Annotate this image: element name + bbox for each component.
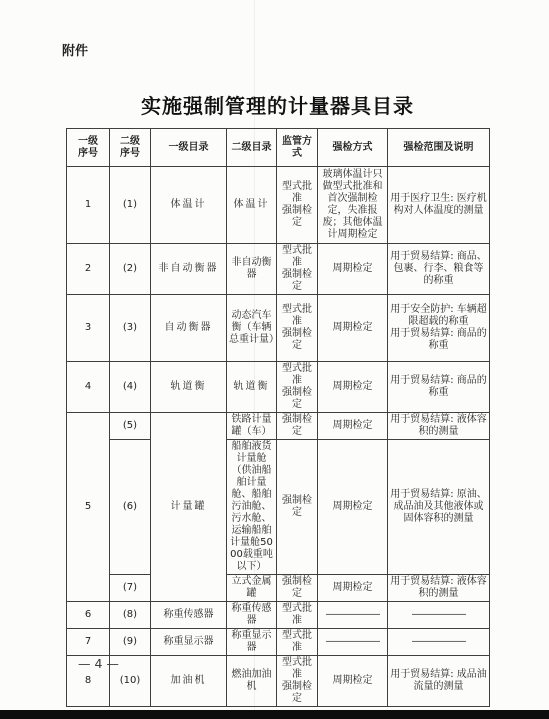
cell-level2-catalog: 燃油加油机: [227, 656, 277, 707]
cell-level1-no: 1: [67, 167, 110, 244]
table-row: 3 (3) 自动衡器 动态汽车衡（车辆总重计量） 型式批准 强制检定 周期检定 …: [67, 295, 490, 362]
cell-level1-catalog: 称重显示器: [151, 629, 227, 656]
page-number: — 4 —: [78, 656, 119, 671]
cell-level2-catalog: 立式金属罐: [227, 575, 277, 602]
cell-level2-no: (2): [110, 244, 151, 295]
cell-level2-catalog: 非自动衡器: [227, 244, 277, 295]
cell-level1-catalog: 轨道衡: [151, 362, 227, 413]
table-row: 2 (2) 非自动衡器 非自动衡器 型式批准 强制检定 周期检定 用于贸易结算:…: [67, 244, 490, 295]
table-header-row: 一级 序号 二级 序号 一级目录 二级目录 监管方式 强检方式 强检范围及说明: [67, 129, 490, 167]
cell-level2-no: (5): [110, 413, 151, 440]
cell-level2-no: (1): [110, 167, 151, 244]
table-row: 7 (9) 称重显示器 称重显示器 型式批准 —————— ——————: [67, 629, 490, 656]
cell-level2-catalog: 轨道衡: [227, 362, 277, 413]
cell-level1-catalog: 体温计: [151, 167, 227, 244]
table-row: 4 (4) 轨道衡 轨道衡 型式批准 强制检定 周期检定 用于贸易结算: 商品的…: [67, 362, 490, 413]
attachment-label: 附件: [62, 40, 88, 59]
cell-inspection: 周期检定: [318, 362, 388, 413]
cell-level1-catalog: 计量罐: [151, 413, 227, 602]
cell-scope: 用于贸易结算: 成品油流量的测量: [388, 656, 490, 707]
cell-inspection: 周期检定: [318, 244, 388, 295]
cell-supervision: 型式批准 强制检定: [277, 295, 318, 362]
document-title: 实施强制管理的计量器具目录: [66, 90, 489, 119]
cell-inspection-dash: ——————: [318, 602, 388, 629]
cell-supervision: 型式批准 强制检定: [277, 362, 318, 413]
cell-supervision: 型式批准 强制检定: [277, 656, 318, 707]
cell-scope: 用于贸易结算: 原油、成品油及其他液体或固体容积的测量: [388, 440, 490, 575]
cell-scope: 用于贸易结算: 液体容积的测量: [388, 575, 490, 602]
header-level2-catalog: 二级目录: [227, 129, 277, 167]
cell-level2-catalog: 动态汽车衡（车辆总重计量）: [227, 295, 277, 362]
cell-supervision: 强制检定: [277, 413, 318, 440]
table-row: 5 (5) 计量罐 铁路计量罐（车） 强制检定 周期检定 用于贸易结算: 液体容…: [67, 413, 490, 440]
cell-inspection: 周期检定: [318, 413, 388, 440]
scanner-edge-bar: [0, 710, 549, 719]
cell-level2-catalog: 体温计: [227, 167, 277, 244]
cell-level1-no: 5: [67, 413, 110, 602]
cell-level1-no: 3: [67, 295, 110, 362]
table-row: 8 (10) 加油机 燃油加油机 型式批准 强制检定 周期检定 用于贸易结算: …: [67, 656, 490, 707]
header-supervision-mode: 监管方式: [277, 129, 318, 167]
cell-level1-no: 6: [67, 602, 110, 629]
cell-supervision: 强制检定: [277, 440, 318, 575]
cell-level2-catalog: 铁路计量罐（车）: [227, 413, 277, 440]
cell-level1-catalog: 加油机: [151, 656, 227, 707]
cell-inspection-dash: ——————: [318, 629, 388, 656]
cell-supervision: 型式批准: [277, 629, 318, 656]
cell-supervision: 型式批准: [277, 602, 318, 629]
table-row: 6 (8) 称重传感器 称重传感器 型式批准 —————— ——————: [67, 602, 490, 629]
cell-scope-dash: ——————: [388, 629, 490, 656]
cell-inspection: 周期检定: [318, 575, 388, 602]
cell-level1-catalog: 称重传感器: [151, 602, 227, 629]
header-scope: 强检范围及说明: [388, 129, 490, 167]
cell-scope: 用于贸易结算: 商品的称重: [388, 362, 490, 413]
cell-level2-no: (3): [110, 295, 151, 362]
cell-scope: 用于安全防护: 车辆超限超载的称重 用于贸易结算: 商品的称重: [388, 295, 490, 362]
cell-level1-catalog: 非自动衡器: [151, 244, 227, 295]
cell-supervision: 强制检定: [277, 575, 318, 602]
cell-level2-catalog: 称重传感器: [227, 602, 277, 629]
cell-scope: 用于医疗卫生: 医疗机构对人体温度的测量: [388, 167, 490, 244]
cell-level1-no: 7: [67, 629, 110, 656]
cell-level1-no: 2: [67, 244, 110, 295]
table-row: 1 (1) 体温计 体温计 型式批准 强制检定 玻璃体温计只做型式批准和首次强制…: [67, 167, 490, 244]
cell-level2-no: (6): [110, 440, 151, 575]
header-inspection-mode: 强检方式: [318, 129, 388, 167]
table-row: (7) 立式金属罐 强制检定 周期检定 用于贸易结算: 液体容积的测量: [67, 575, 490, 602]
cell-level2-no: (7): [110, 575, 151, 602]
cell-level2-catalog: 称重显示器: [227, 629, 277, 656]
cell-scope-dash: ——————: [388, 602, 490, 629]
cell-scope: 用于贸易结算: 商品、包裹、行李、粮食等的称重: [388, 244, 490, 295]
cell-inspection: 周期检定: [318, 440, 388, 575]
cell-inspection: 周期检定: [318, 295, 388, 362]
cell-level2-catalog: 船舶液货计量舱（供油船舶计量舱、船舶污油舱、污水舱、运输船舶计量舱5000载重吨…: [227, 440, 277, 575]
cell-level1-no: 4: [67, 362, 110, 413]
header-level1-no: 一级 序号: [67, 129, 110, 167]
cell-supervision: 型式批准 强制检定: [277, 167, 318, 244]
cell-level2-no: (9): [110, 629, 151, 656]
cell-inspection: 周期检定: [318, 656, 388, 707]
cell-level2-no: (4): [110, 362, 151, 413]
cell-scope: 用于贸易结算: 液体容积的测量: [388, 413, 490, 440]
cell-level2-no: (8): [110, 602, 151, 629]
cell-supervision: 型式批准 强制检定: [277, 244, 318, 295]
table-row: (6) 船舶液货计量舱（供油船舶计量舱、船舶污油舱、污水舱、运输船舶计量舱500…: [67, 440, 490, 575]
header-level1-catalog: 一级目录: [151, 129, 227, 167]
catalog-table: 一级 序号 二级 序号 一级目录 二级目录 监管方式 强检方式 强检范围及说明 …: [66, 128, 490, 707]
cell-inspection: 玻璃体温计只做型式批准和首次强制检定，失准报废；其他体温计周期检定: [318, 167, 388, 244]
header-level2-no: 二级 序号: [110, 129, 151, 167]
cell-level1-catalog: 自动衡器: [151, 295, 227, 362]
